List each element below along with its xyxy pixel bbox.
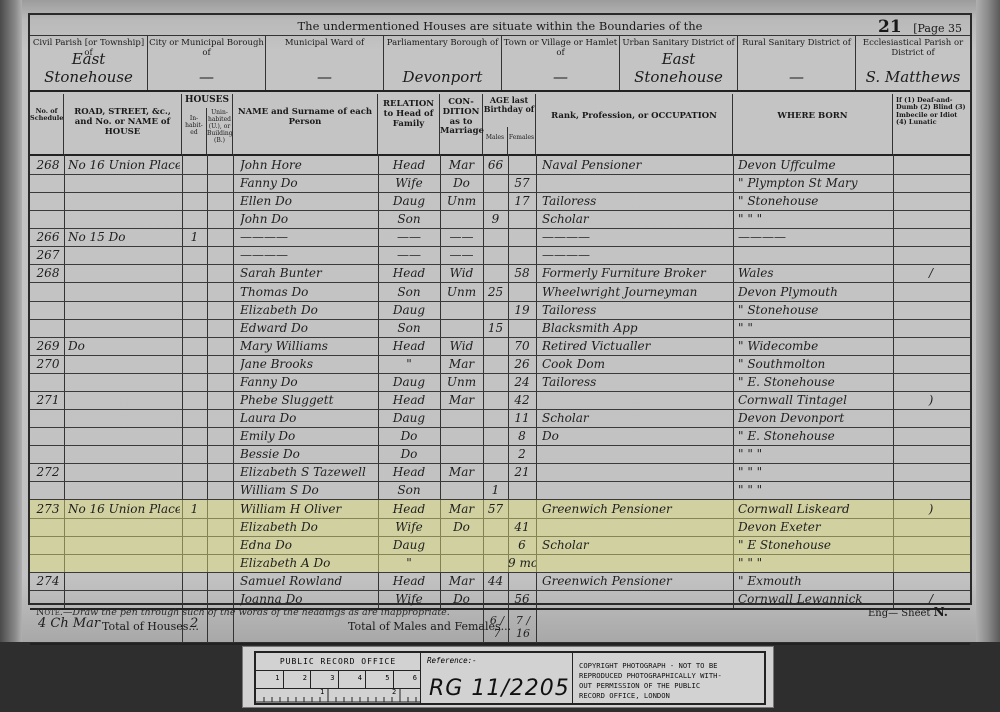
female-age-cell: 58 (508, 264, 536, 283)
female-age-cell (508, 210, 536, 229)
uninhabited-cell (207, 427, 233, 446)
name-cell: Phebe Sluggett (240, 391, 376, 410)
condition-cell (441, 301, 482, 320)
relation-cell: Head (380, 391, 438, 410)
occupation-cell (542, 481, 730, 500)
infirmity-cell (896, 246, 966, 265)
table-row: Bessie DoDo2" " " (30, 445, 970, 464)
male-age-cell: 9 (483, 210, 508, 229)
inhabited-cell (182, 481, 207, 500)
infirmity-cell (896, 283, 966, 302)
female-age-cell (508, 228, 536, 247)
occupation-cell: Tailoress (542, 301, 730, 320)
inhabited-cell (182, 319, 207, 338)
schedule-cell (32, 445, 64, 464)
schedule-cell: 271 (32, 391, 64, 410)
relation-cell: Head (380, 337, 438, 356)
occupation-cell (542, 554, 730, 573)
name-cell: Elizabeth A Do (240, 554, 376, 573)
condition-cell: Unm (441, 373, 482, 392)
uninhabited-cell (207, 192, 233, 211)
table-row: Ellen DoDaugUnm17Tailoress" Stonehouse (30, 192, 970, 211)
uninhabited-cell (207, 228, 233, 247)
col-header-name: NAME and Surname of each Person (233, 94, 378, 154)
occupation-cell (542, 463, 730, 482)
pro-title: PUBLIC RECORD OFFICE (256, 653, 420, 671)
table-row: Edna DoDaug6Scholar" E Stonehouse (30, 536, 970, 555)
name-cell: ———— (240, 246, 376, 265)
page-number: 21 [Page 35 (878, 17, 962, 37)
inhabited-cell (182, 409, 207, 428)
table-row: 267———————————— (30, 246, 970, 265)
relation-cell: Son (380, 319, 438, 338)
district-value: — (272, 68, 377, 86)
district-town-village: Town or Village or Hamlet of — (502, 36, 620, 90)
infirmity-cell (896, 373, 966, 392)
condition-cell (441, 481, 482, 500)
schedule-cell (32, 210, 64, 229)
uninhabited-cell (207, 463, 233, 482)
inhabited-cell (182, 518, 207, 537)
female-age-cell: 17 (508, 192, 536, 211)
where-born-cell: " Stonehouse (738, 301, 891, 320)
name-cell: John Hore (240, 156, 376, 175)
infirmity-cell (896, 463, 966, 482)
infirmity-cell (896, 536, 966, 555)
where-born-cell: " " " (738, 463, 891, 482)
schedule-cell (32, 427, 64, 446)
male-age-cell (483, 463, 508, 482)
infirmity-cell (896, 337, 966, 356)
occupation-cell (542, 590, 730, 609)
inhabited-cell (182, 337, 207, 356)
relation-cell: Wife (380, 518, 438, 537)
reference-value: RG 11/2205 (429, 676, 570, 701)
male-age-cell: 1 (483, 481, 508, 500)
col-header-road: ROAD, STREET, &c., and No. or NAME of HO… (64, 94, 182, 154)
condition-cell: Do (441, 174, 482, 193)
total-males-value: 6 / 7 (486, 614, 508, 640)
condition-cell: Mar (441, 156, 482, 175)
where-born-cell: " " (738, 319, 891, 338)
infirmity-cell: / (896, 264, 966, 283)
condition-cell: Mar (441, 572, 482, 591)
male-age-cell (483, 264, 508, 283)
uninhabited-cell (207, 283, 233, 302)
female-age-cell (508, 572, 536, 591)
schedule-cell (32, 536, 64, 555)
road-cell (68, 246, 180, 265)
male-age-cell (483, 409, 508, 428)
schedule-cell: 273 (32, 500, 64, 519)
col-header-occupation: Rank, Profession, or OCCUPATION (536, 94, 733, 154)
where-born-cell: ———— (738, 228, 891, 247)
infirmity-cell (896, 355, 966, 374)
road-cell (68, 445, 180, 464)
folio-number: 21 (878, 17, 902, 37)
district-value: East Stonehouse (626, 50, 731, 86)
table-row: Thomas DoSonUnm25Wheelwright JourneymanD… (30, 283, 970, 302)
occupation-cell: Greenwich Pensioner (542, 500, 730, 519)
relation-cell: Daug (380, 409, 438, 428)
road-cell (68, 283, 180, 302)
condition-cell (441, 210, 482, 229)
where-born-cell: Cornwall Tintagel (738, 391, 891, 410)
uninhabited-cell (207, 156, 233, 175)
road-cell (68, 391, 180, 410)
inhabited-cell: 1 (182, 228, 207, 247)
female-age-cell: 24 (508, 373, 536, 392)
road-cell (68, 319, 180, 338)
inhabited-cell: 1 (182, 500, 207, 519)
female-age-cell: 41 (508, 518, 536, 537)
name-cell: Ellen Do (240, 192, 376, 211)
occupation-cell: Tailoress (542, 373, 730, 392)
district-ecclesiastical-parish: Ecclesiastical Parish or District of S. … (856, 36, 970, 90)
occupation-cell: Scholar (542, 536, 730, 555)
condition-cell (441, 427, 482, 446)
name-cell: Edna Do (240, 536, 376, 555)
col-header-houses: HOUSES (182, 94, 233, 108)
condition-cell: Unm (441, 283, 482, 302)
condition-cell (441, 554, 482, 573)
relation-cell: —— (380, 228, 438, 247)
census-form: The undermentioned Houses are situate wi… (28, 13, 972, 605)
col-header-females: Females (508, 127, 536, 154)
table-row: John DoSon9Scholar" " " (30, 210, 970, 229)
name-cell: William S Do (240, 481, 376, 500)
inhabited-cell (182, 463, 207, 482)
schedule-cell (32, 518, 64, 537)
road-cell (68, 174, 180, 193)
col-header-schedule: No. of Schedule (30, 94, 64, 154)
col-header-uninhabited: Unin-habited (U.), or Building (B.) (207, 108, 233, 154)
name-cell: Elizabeth Do (240, 301, 376, 320)
inhabited-cell (182, 301, 207, 320)
district-rural-sanitary: Rural Sanitary District of — (738, 36, 856, 90)
inhabited-cell (182, 174, 207, 193)
male-age-cell (483, 192, 508, 211)
where-born-cell: Devon Uffculme (738, 156, 891, 175)
condition-cell (441, 445, 482, 464)
occupation-cell (542, 518, 730, 537)
name-cell: Jane Brooks (240, 355, 376, 374)
page-edge-right (976, 0, 1000, 642)
inhabited-cell (182, 283, 207, 302)
road-cell: Do (68, 337, 180, 356)
female-age-cell (508, 319, 536, 338)
page-label: [Page 35 (913, 22, 962, 35)
relation-cell: Head (380, 156, 438, 175)
where-born-cell: " E. Stonehouse (738, 427, 891, 446)
female-age-cell: 19 (508, 301, 536, 320)
road-cell (68, 264, 180, 283)
road-cell: No 16 Union Place (68, 156, 180, 175)
district-municipal-borough: City or Municipal Borough of — (148, 36, 266, 90)
female-age-cell: 26 (508, 355, 536, 374)
relation-cell: Daug (380, 301, 438, 320)
col-header-where-born: WHERE BORN (733, 94, 893, 154)
road-cell: No 15 Do (68, 228, 180, 247)
female-age-cell (508, 246, 536, 265)
relation-cell: Head (380, 500, 438, 519)
inhabited-cell (182, 192, 207, 211)
condition-cell: Unm (441, 192, 482, 211)
table-row: Elizabeth A Do"9 mo" " " (30, 554, 970, 573)
table-row: Elizabeth DoWifeDo41Devon Exeter (30, 518, 970, 537)
form-title: The undermentioned Houses are situate wi… (30, 19, 970, 33)
name-cell: John Do (240, 210, 376, 229)
total-houses-value: 2 (190, 616, 198, 631)
occupation-cell: Scholar (542, 210, 730, 229)
uninhabited-cell (207, 536, 233, 555)
occupation-cell: ———— (542, 246, 730, 265)
occupation-cell: Do (542, 427, 730, 446)
female-age-cell: 2 (508, 445, 536, 464)
relation-cell: " (380, 355, 438, 374)
relation-cell: " (380, 554, 438, 573)
col-header-age: AGE last Birthday of (483, 94, 536, 127)
road-cell (68, 301, 180, 320)
male-age-cell: 15 (483, 319, 508, 338)
district-value: — (154, 68, 259, 86)
schedule-cell (32, 554, 64, 573)
district-value: S. Matthews (862, 68, 964, 86)
condition-cell: Wid (441, 337, 482, 356)
infirmity-cell (896, 228, 966, 247)
female-age-cell: 11 (508, 409, 536, 428)
infirmity-cell (896, 192, 966, 211)
relation-cell: Son (380, 283, 438, 302)
name-cell: Elizabeth S Tazewell (240, 463, 376, 482)
relation-cell: Son (380, 481, 438, 500)
total-females-value: 7 / 16 (510, 614, 536, 640)
table-row: Fanny DoWifeDo57" Plympton St Mary (30, 174, 970, 193)
inhabited-cell (182, 246, 207, 265)
road-cell (68, 481, 180, 500)
district-value: Devonport (390, 68, 495, 86)
col-header-inhabited: In-habit-ed (182, 108, 207, 154)
copyright-notice: COPYRIGHT PHOTOGRAPH - NOT TO BE REPRODU… (573, 653, 764, 703)
where-born-cell: " " " (738, 481, 891, 500)
female-age-cell (508, 156, 536, 175)
road-cell (68, 210, 180, 229)
male-age-cell (483, 301, 508, 320)
inhabited-cell (182, 156, 207, 175)
where-born-cell: " Southmolton (738, 355, 891, 374)
male-age-cell: 44 (483, 572, 508, 591)
condition-cell: —— (441, 228, 482, 247)
table-row: Fanny DoDaugUnm24Tailoress" E. Stonehous… (30, 373, 970, 392)
male-age-cell (483, 536, 508, 555)
male-age-cell (483, 427, 508, 446)
uninhabited-cell (207, 500, 233, 519)
uninhabited-cell (207, 409, 233, 428)
schedule-cell: 268 (32, 264, 64, 283)
male-age-cell (483, 590, 508, 609)
table-row: 269DoMary WilliamsHeadWid70Retired Victu… (30, 337, 970, 356)
condition-cell: Mar (441, 500, 482, 519)
infirmity-cell (896, 409, 966, 428)
condition-cell: Wid (441, 264, 482, 283)
infirmity-cell (896, 156, 966, 175)
uninhabited-cell (207, 572, 233, 591)
uninhabited-cell (207, 445, 233, 464)
uninhabited-cell (207, 301, 233, 320)
where-born-cell: " " " (738, 210, 891, 229)
inhabited-cell (182, 373, 207, 392)
name-cell: Bessie Do (240, 445, 376, 464)
condition-cell: Mar (441, 391, 482, 410)
road-cell (68, 427, 180, 446)
schedule-cell (32, 283, 64, 302)
male-age-cell (483, 228, 508, 247)
table-row: Emily DoDo8Do" E. Stonehouse (30, 427, 970, 446)
public-record-office-stamp: PUBLIC RECORD OFFICE 1 2 3 4 5 6 (242, 646, 774, 708)
infirmity-cell (896, 427, 966, 446)
condition-cell (441, 319, 482, 338)
male-age-cell (483, 174, 508, 193)
condition-cell: Mar (441, 355, 482, 374)
occupation-cell: Naval Pensioner (542, 156, 730, 175)
table-row: 268Sarah BunterHeadWid58Formerly Furnitu… (30, 264, 970, 283)
inhabited-cell (182, 554, 207, 573)
schedule-cell (32, 301, 64, 320)
where-born-cell: " " " (738, 554, 891, 573)
occupation-cell: Tailoress (542, 192, 730, 211)
uninhabited-cell (207, 210, 233, 229)
pro-scale-numbers: 1 2 3 4 5 6 (256, 671, 420, 689)
name-cell: Samuel Rowland (240, 572, 376, 591)
name-cell: ———— (240, 228, 376, 247)
inhabited-cell (182, 264, 207, 283)
male-age-cell (483, 337, 508, 356)
table-row: 271Phebe SluggettHeadMar42Cornwall Tinta… (30, 391, 970, 410)
female-age-cell (508, 481, 536, 500)
schedule-cell (32, 192, 64, 211)
male-age-cell (483, 391, 508, 410)
name-cell: William H Oliver (240, 500, 376, 519)
male-age-cell (483, 246, 508, 265)
relation-cell: Daug (380, 373, 438, 392)
occupation-cell: Scholar (542, 409, 730, 428)
occupation-cell: ———— (542, 228, 730, 247)
male-age-cell: 25 (483, 283, 508, 302)
schedule-cell: 266 (32, 228, 64, 247)
relation-cell: —— (380, 246, 438, 265)
name-cell: Elizabeth Do (240, 518, 376, 537)
pro-reference-panel: Reference:- RG 11/2205 (421, 653, 573, 703)
female-age-cell: 57 (508, 174, 536, 193)
name-cell: Mary Williams (240, 337, 376, 356)
occupation-cell: Wheelwright Journeyman (542, 283, 730, 302)
name-cell: Fanny Do (240, 174, 376, 193)
road-cell (68, 192, 180, 211)
relation-cell: Head (380, 463, 438, 482)
relation-cell: Head (380, 572, 438, 591)
inhabited-cell (182, 210, 207, 229)
where-born-cell: Devon Plymouth (738, 283, 891, 302)
schedule-cell (32, 373, 64, 392)
col-header-condition: CON-DITION as to Marriage (440, 94, 483, 154)
occupation-cell (542, 445, 730, 464)
where-born-cell: " E. Stonehouse (738, 373, 891, 392)
district-civil-parish: Civil Parish [or Township] of East Stone… (30, 36, 148, 90)
district-value: East Stonehouse (36, 50, 141, 86)
female-age-cell: 21 (508, 463, 536, 482)
male-age-cell (483, 355, 508, 374)
schedule-cell: 272 (32, 463, 64, 482)
col-header-males: Males (483, 127, 508, 154)
table-row: William S DoSon1" " " (30, 481, 970, 500)
census-page-image: The undermentioned Houses are situate wi… (0, 0, 1000, 642)
male-age-cell (483, 445, 508, 464)
infirmity-cell (896, 445, 966, 464)
infirmity-cell (896, 210, 966, 229)
inhabited-cell (182, 391, 207, 410)
condition-cell: Mar (441, 463, 482, 482)
name-cell: Fanny Do (240, 373, 376, 392)
infirmity-cell (896, 174, 966, 193)
uninhabited-cell (207, 319, 233, 338)
page-edge-left (0, 0, 22, 642)
footer-note: Note.—Draw the pen through such of the w… (36, 607, 450, 618)
inhabited-cell (182, 355, 207, 374)
infirmity-cell (896, 319, 966, 338)
enumerator-mark: 4 Ch Mar (38, 616, 100, 631)
male-age-cell: 57 (483, 500, 508, 519)
district-header-row: Civil Parish [or Township] of East Stone… (30, 35, 970, 92)
name-cell: Sarah Bunter (240, 264, 376, 283)
relation-cell: Do (380, 445, 438, 464)
name-cell: Edward Do (240, 319, 376, 338)
infirmity-cell: ) (896, 500, 966, 519)
inhabited-cell (182, 572, 207, 591)
table-row: Elizabeth DoDaug19Tailoress" Stonehouse (30, 301, 970, 320)
schedule-cell (32, 481, 64, 500)
schedule-cell: 274 (32, 572, 64, 591)
table-row: 266No 15 Do1———————————————— (30, 228, 970, 247)
pro-scale-panel: PUBLIC RECORD OFFICE 1 2 3 4 5 6 (256, 653, 421, 703)
infirmity-cell: ) (896, 391, 966, 410)
name-cell: Emily Do (240, 427, 376, 446)
relation-cell: Daug (380, 536, 438, 555)
reference-label: Reference:- (427, 656, 477, 665)
female-age-cell (508, 500, 536, 519)
uninhabited-cell (207, 518, 233, 537)
where-born-cell: Cornwall Liskeard (738, 500, 891, 519)
male-age-cell (483, 554, 508, 573)
male-age-cell: 66 (483, 156, 508, 175)
col-header-infirmity: If (1) Deaf-and-Dumb (2) Blind (3) Imbec… (893, 94, 970, 154)
relation-cell: Head (380, 264, 438, 283)
schedule-cell: 269 (32, 337, 64, 356)
district-value: — (508, 68, 613, 86)
road-cell (68, 355, 180, 374)
where-born-cell: " Widecombe (738, 337, 891, 356)
relation-cell: Wife (380, 174, 438, 193)
infirmity-cell (896, 301, 966, 320)
where-born-cell: " Plympton St Mary (738, 174, 891, 193)
infirmity-cell (896, 572, 966, 591)
female-age-cell: 6 (508, 536, 536, 555)
schedule-cell (32, 409, 64, 428)
infirmity-cell (896, 554, 966, 573)
where-born-cell (738, 246, 891, 265)
where-born-cell: Devon Exeter (738, 518, 891, 537)
female-age-cell: 42 (508, 391, 536, 410)
occupation-cell: Cook Dom (542, 355, 730, 374)
